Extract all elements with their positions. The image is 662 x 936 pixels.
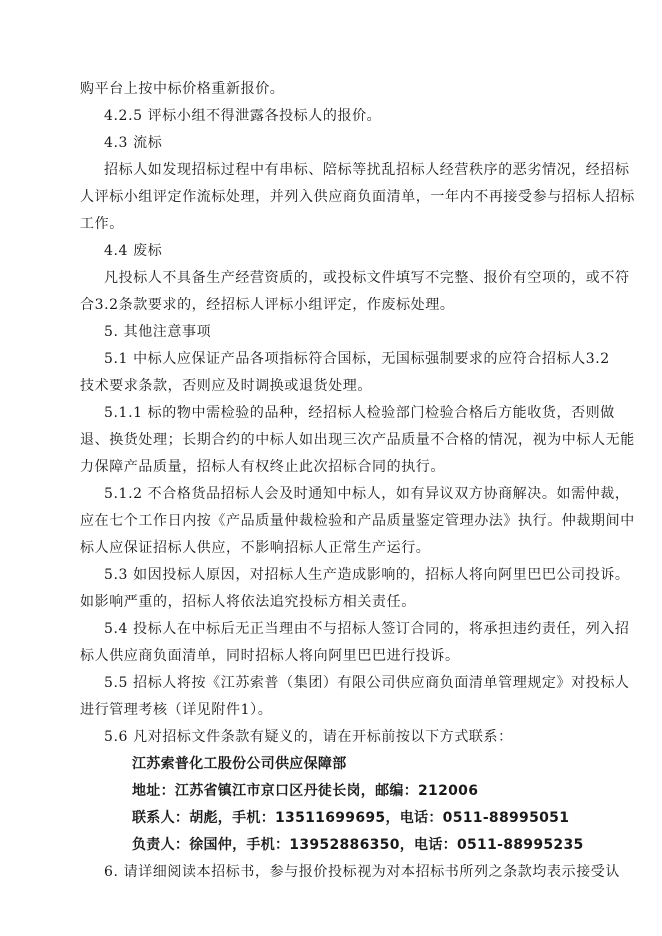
clause-5-6: 5.6 凡对招标文件条款有疑义的，请在开标前按以下方式联系： — [104, 726, 513, 748]
heading-5: 5. 其他注意事项 — [104, 321, 211, 343]
contact-manager: 负责人：徐国仲，手机：13952886350，电话：0511-88995235 — [132, 834, 584, 856]
contact-person: 联系人：胡彪，手机：13511699695，电话：0511-88995051 — [132, 807, 569, 829]
text-line: 人评标小组评定作流标处理，并列入供应商负面清单，一年内不再接受参与招标人招标 — [80, 186, 635, 208]
text-line: 应在七个工作日内按《产品质量仲裁检验和产品质量鉴定管理办法》执行。仲裁期间中 — [80, 510, 635, 532]
contact-department: 江苏索普化工股份公司供应保障部 — [132, 753, 347, 775]
clause-4-2-5: 4.2.5 评标小组不得泄露各投标人的报价。 — [104, 105, 381, 127]
clause-5-4: 5.4 投标人在中标后无正当理由不与招标人签订合同的，将承担违约责任，列入招 — [104, 618, 630, 640]
heading-4-4: 4.4 废标 — [104, 240, 162, 262]
text-line: 技术要求条款，否则应及时调换或退货处理。 — [80, 375, 372, 397]
text-line: 购平台上按中标价格重新报价。 — [80, 78, 284, 100]
text-line: 凡投标人不具备生产经营资质的，或投标文件填写不完整、报价有空项的，或不符 — [104, 267, 630, 289]
text-line: 合3.2条款要求的，经招标人评标小组评定，作废标处理。 — [80, 294, 454, 316]
text-line: 进行管理考核（详见附件1）。 — [80, 699, 272, 721]
text-line: 招标人如发现招标过程中有串标、陪标等扰乱招标人经营秩序的恶劣情况，经招标 — [104, 159, 630, 181]
clause-5-1-1: 5.1.1 标的物中需检验的品种，经招标人检验部门检验合格后方能收货，否则做 — [104, 402, 615, 424]
clause-5-1-2: 5.1.2 不合格货品招标人会及时通知中标人，如有异议双方协商解决。如需仲裁， — [104, 483, 629, 505]
clause-6: 6. 请详细阅读本招标书，参与报价投标视为对本招标书所列之条款均表示接受认 — [104, 861, 620, 883]
contact-address: 地址：江苏省镇江市京口区丹徒长岗，邮编：212006 — [132, 780, 478, 802]
clause-5-1: 5.1 中标人应保证产品各项指标符合国标，无国标强制要求的应符合招标人3.2 — [104, 348, 610, 370]
text-line: 退、换货处理；长期合约的中标人如出现三次产品质量不合格的情况，视为中标人无能 — [80, 429, 635, 451]
text-line: 工作。 — [80, 213, 124, 235]
text-line: 标人应保证招标人供应，不影响招标人正常生产运行。 — [80, 537, 430, 559]
text-line: 力保障产品质量，招标人有权终止此次招标合同的执行。 — [80, 456, 445, 478]
clause-5-5: 5.5 招标人将按《江苏索普（集团）有限公司供应商负面清单管理规定》对投标人 — [104, 672, 630, 694]
clause-5-3: 5.3 如因投标人原因，对招标人生产造成影响的，招标人将向阿里巴巴公司投诉。 — [104, 564, 630, 586]
text-line: 如影响严重的，招标人将依法追究投标方相关责任。 — [80, 591, 416, 613]
text-line: 标人供应商负面清单，同时招标人将向阿里巴巴进行投诉。 — [80, 645, 460, 667]
heading-4-3: 4.3 流标 — [104, 132, 162, 154]
